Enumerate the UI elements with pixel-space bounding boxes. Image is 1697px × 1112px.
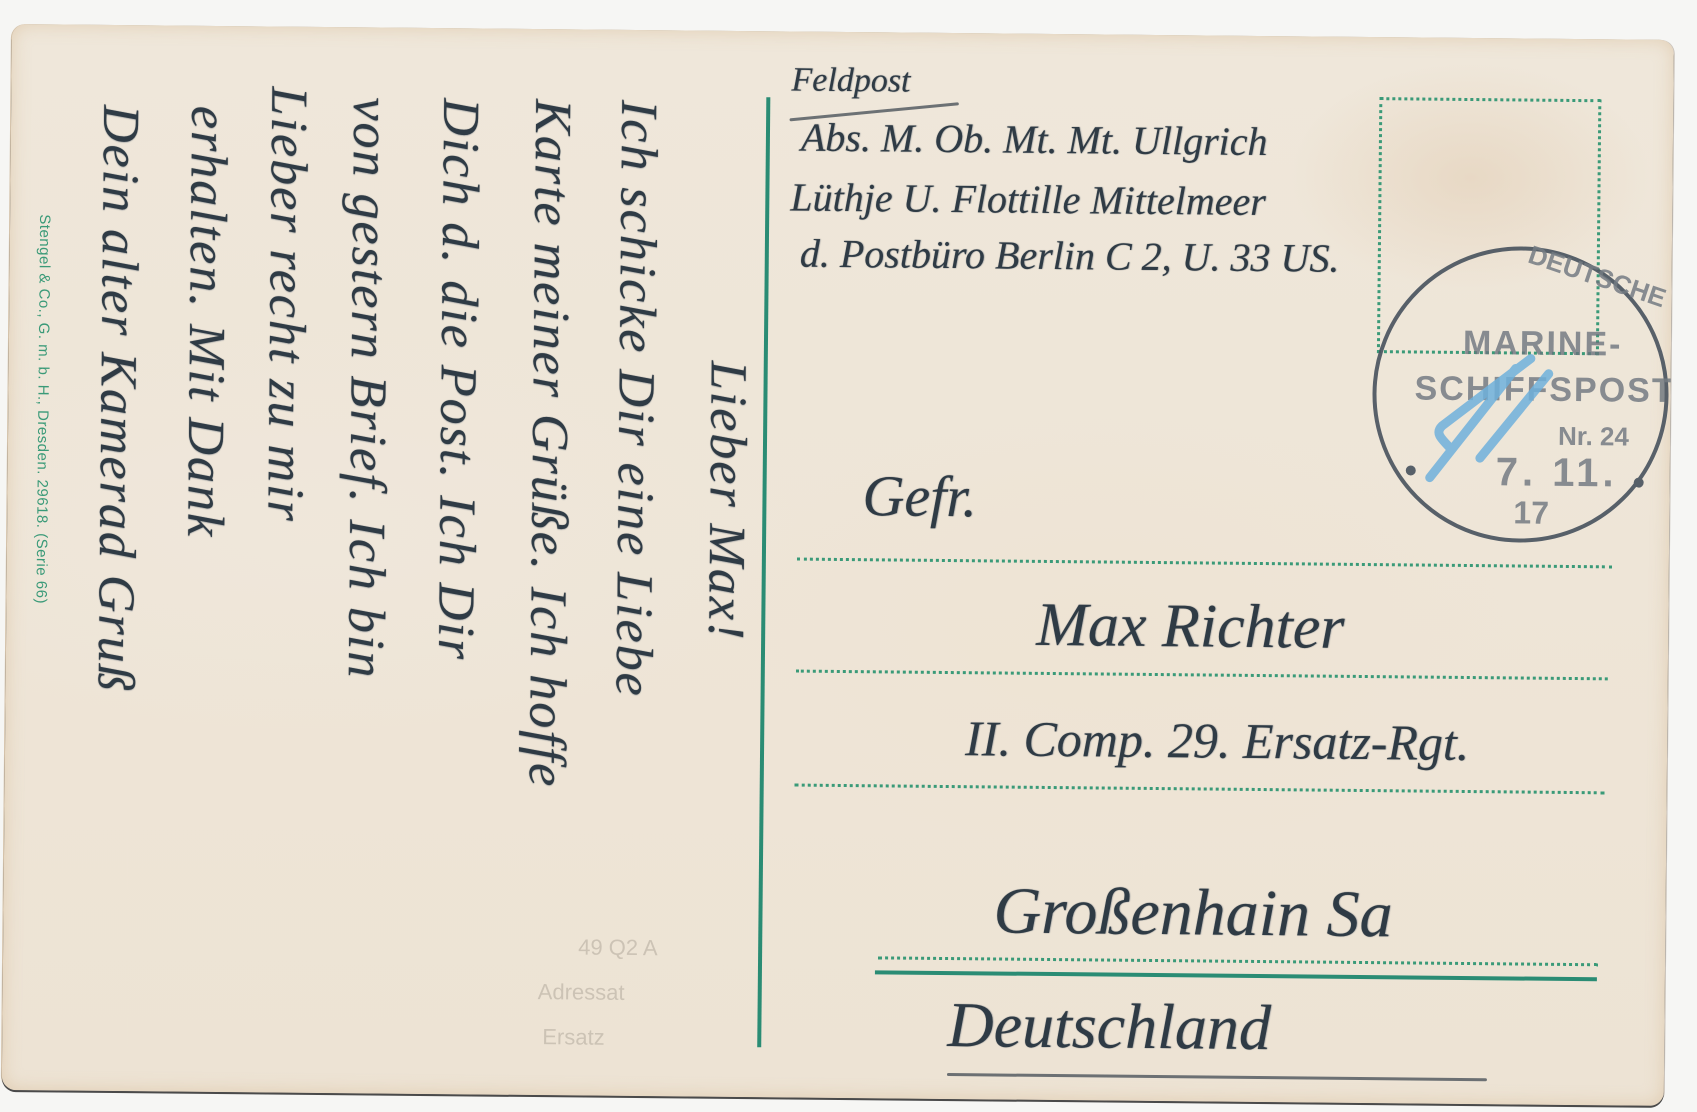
message-column: Ich schicke Dir eine Liebe xyxy=(604,100,669,698)
address-line-1 xyxy=(797,558,1612,569)
blue-censor-mark-icon xyxy=(1420,338,1561,489)
sender-line: Lüthje U. Flottille Mittelmeer xyxy=(790,173,1266,225)
sender-line: d. Postbüro Berlin C 2, U. 33 US. xyxy=(800,230,1340,282)
message-column: von gestern Brief. Ich bin xyxy=(336,97,401,680)
address-line-4 xyxy=(878,956,1598,966)
address-line-3 xyxy=(795,784,1605,795)
recipient-city: Großenhain Sa xyxy=(993,873,1393,953)
recipient-name: Max Richter xyxy=(1036,590,1345,664)
scan-background: Stengel & Co., G. m. b. H., Dresden. 296… xyxy=(0,0,1697,1112)
publisher-imprint: Stengel & Co., G. m. b. H., Dresden. 296… xyxy=(32,214,53,604)
message-column-closing: Dein alter Kamerad Gruß xyxy=(86,105,151,693)
message-column: Lieber recht zu mir xyxy=(255,86,318,523)
postmark-dot xyxy=(1634,478,1644,488)
recipient-unit: II. Comp. 29. Ersatz-Rgt. xyxy=(965,709,1470,772)
message-column: erhalten. Mit Dank xyxy=(175,106,238,539)
pencil-note: 49 Q2 A xyxy=(578,934,658,961)
country-underline xyxy=(947,1073,1487,1081)
pencil-note: Adressat xyxy=(538,979,625,1006)
postmark-year: 17 xyxy=(1513,494,1549,531)
address-underline-solid xyxy=(875,970,1597,981)
sender-line: Abs. M. Ob. Mt. Mt. Ullgrich xyxy=(801,114,1268,165)
postmark-number: Nr. 24 xyxy=(1558,421,1629,453)
recipient-country: Deutschland xyxy=(947,988,1271,1065)
recipient-salutation: Gefr. xyxy=(862,462,977,530)
address-line-2 xyxy=(796,670,1608,681)
pencil-note: Ersatz xyxy=(542,1024,605,1051)
sender-header: Feldpost xyxy=(791,61,910,100)
message-column: Karte meiner Grüße. Ich hoffe xyxy=(517,99,583,789)
message-column-salutation: Lieber Max! xyxy=(696,361,758,642)
center-divider-line xyxy=(757,97,770,1047)
postcard: Stengel & Co., G. m. b. H., Dresden. 296… xyxy=(2,24,1674,1106)
message-column: Dich d. die Post. Ich Dir xyxy=(426,98,490,661)
postmark-dot xyxy=(1406,465,1416,475)
